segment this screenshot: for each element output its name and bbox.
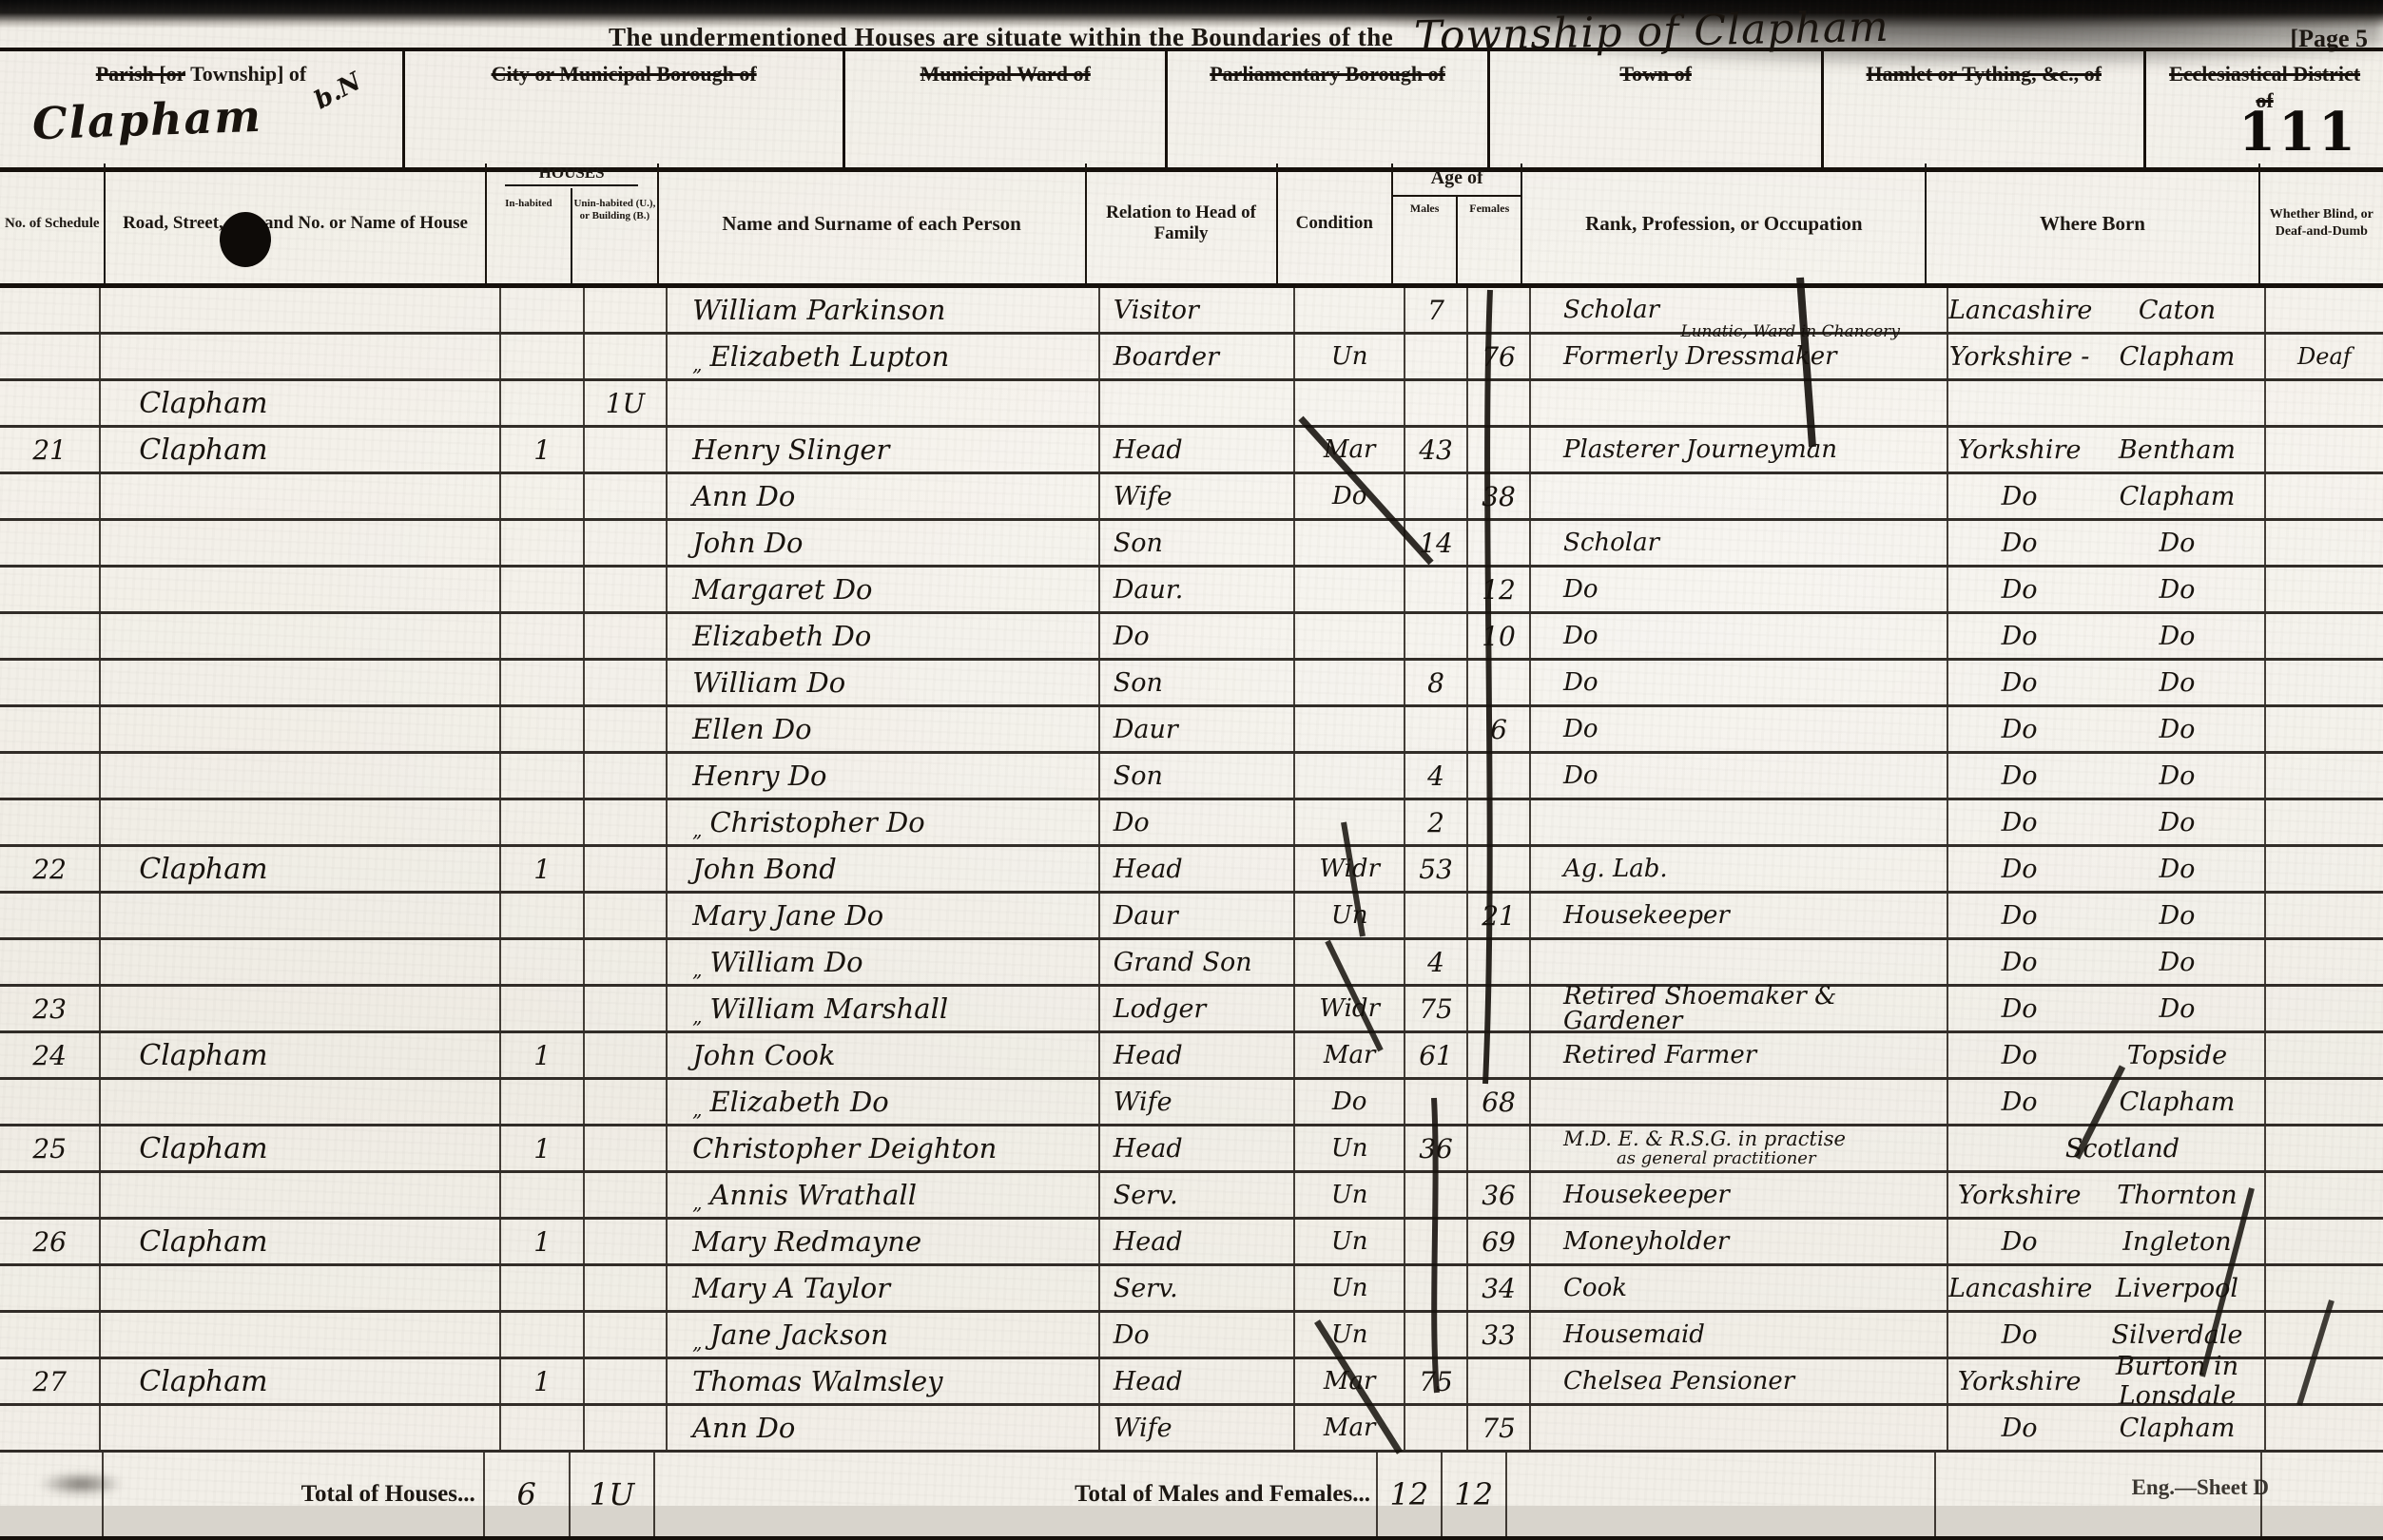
cell-un (585, 614, 668, 658)
cell-road: Clapham (101, 1126, 501, 1170)
cell-af: 10 (1468, 614, 1531, 658)
cell-rel: Head (1100, 847, 1296, 891)
cell-occ: Scholar (1531, 521, 1948, 565)
parish-label-struck: Parish [or (96, 62, 185, 86)
sheet-series-label: Eng.—Sheet D (2132, 1475, 2269, 1500)
cell-inh (501, 894, 584, 937)
cell-occ (1531, 800, 1948, 844)
cell-s (0, 754, 101, 798)
cell-am (1405, 614, 1468, 658)
cell-am (1405, 381, 1468, 425)
cell-af (1468, 1126, 1531, 1170)
cell-name: „Elizabeth Do (668, 1080, 1100, 1124)
parish-township-box: Parish [or Township] of Clapham b.N (0, 51, 405, 167)
cell-am: 4 (1405, 940, 1468, 984)
cell-inf (2266, 661, 2383, 704)
cell-cond: Un (1295, 894, 1405, 937)
cell-inf (2266, 1033, 2383, 1077)
cell-un (585, 568, 668, 611)
cell-born: YorkshireThornton (1948, 1173, 2266, 1217)
cell-road (101, 661, 501, 704)
cell-name (668, 381, 1100, 425)
cell-inh: 1 (501, 847, 584, 891)
cell-rel: Son (1100, 521, 1296, 565)
col-header-houses-group: HOUSES In-habited Unin-habited (U.), or … (487, 164, 659, 283)
cell-name: „William Marshall (668, 987, 1100, 1030)
cell-un (585, 335, 668, 378)
cell-inh (501, 1266, 584, 1310)
cell-s (0, 381, 101, 425)
cell-s (0, 1313, 101, 1357)
col-header-age-males: Males (1393, 197, 1458, 283)
table-row: „William DoGrand Son4DoDo (0, 940, 2383, 987)
cell-inh (501, 288, 584, 332)
cell-name: Ann Do (668, 474, 1100, 518)
cell-af (1468, 661, 1531, 704)
folio-number-stamp: 111 (2238, 99, 2358, 165)
cell-road (101, 614, 501, 658)
cell-am: 61 (1405, 1033, 1468, 1077)
cell-s (0, 1406, 101, 1450)
table-row: 21Clapham1Henry SlingerHeadMar43Plastere… (0, 428, 2383, 474)
cell-inf: Deaf (2266, 335, 2383, 378)
ditto-mark: „ (692, 818, 702, 841)
cell-name: John Do (668, 521, 1100, 565)
cell-inf (2266, 521, 2383, 565)
cell-road (101, 940, 501, 984)
cell-inh (501, 754, 584, 798)
cell-af (1468, 1033, 1531, 1077)
cell-inh (501, 381, 584, 425)
cell-inf (2266, 754, 2383, 798)
cell-inh (501, 521, 584, 565)
cell-rel: Son (1100, 661, 1296, 704)
cell-blank (1507, 1453, 1936, 1506)
cell-born: Scotland (1948, 1126, 2266, 1170)
cell-inh (501, 335, 584, 378)
cell-cond (1295, 288, 1405, 332)
cell-rel: Head (1100, 428, 1296, 472)
cell-born: DoIngleton (1948, 1220, 2266, 1263)
col-header-road: Road, Street, &c., and No. or Name of Ho… (106, 164, 486, 283)
cell-road (101, 288, 501, 332)
cell-name: „Elizabeth Lupton (668, 335, 1100, 378)
cell-s: 22 (0, 847, 101, 891)
cell-occ (1531, 1080, 1948, 1124)
table-row: William ParkinsonVisitor7ScholarLancashi… (0, 288, 2383, 335)
cell-rel: Daur (1100, 707, 1296, 751)
ditto-mark: „ (692, 353, 702, 375)
table-row: „Christopher DoDo2DoDo (0, 800, 2383, 847)
col-header-schedule: No. of Schedule (0, 164, 106, 283)
cell-af (1468, 847, 1531, 891)
ditto-mark: „ (692, 1005, 702, 1028)
cell-s (0, 894, 101, 937)
municipal-ward-label-struck: Municipal Ward of (920, 61, 1091, 87)
municipal-ward-box: Municipal Ward of (845, 51, 1168, 167)
cell-cond: Widr (1295, 987, 1405, 1030)
ditto-mark: „ (692, 958, 702, 981)
col-header-uninhabited: Unin-habited (U.), or Building (B.) (572, 188, 657, 283)
table-row: Ellen DoDaur6DoDoDo (0, 707, 2383, 754)
cell-s (0, 614, 101, 658)
cell-road: Clapham (101, 1220, 501, 1263)
cell-inf (2266, 707, 2383, 751)
cell-name: Margaret Do (668, 568, 1100, 611)
cell-inf (2266, 987, 2383, 1030)
census-table: No. of Schedule Road, Street, &c., and N… (0, 164, 2383, 1506)
cell-rel: Daur. (1100, 568, 1296, 611)
houses-group-label: HOUSES (505, 164, 638, 186)
cell-inh (501, 474, 584, 518)
cell-name: Henry Slinger (668, 428, 1100, 472)
cell-born: DoClapham (1948, 474, 2266, 518)
cell-occ: Cook (1531, 1266, 1948, 1310)
total-houses-uninhabited: 1U (571, 1453, 656, 1506)
total-males-females-label-text: Total of Males and Females... (1075, 1481, 1370, 1506)
cell-af: 76 (1468, 335, 1531, 378)
cell-occ: Plasterer Journeyman (1531, 428, 1948, 472)
cell-rel: Do (1100, 800, 1296, 844)
col-header-relation-label: Relation to Head of Family (1087, 202, 1276, 244)
cell-un (585, 428, 668, 472)
cell-born: DoDo (1948, 894, 2266, 937)
cell-un (585, 940, 668, 984)
cell-occ: Do (1531, 707, 1948, 751)
cell-cond (1295, 754, 1405, 798)
cell-af (1468, 1359, 1531, 1403)
cell-am (1405, 1313, 1468, 1357)
cell-am: 8 (1405, 661, 1468, 704)
cell-name: John Bond (668, 847, 1100, 891)
town-box: Town of (1490, 51, 1824, 167)
cell-road (101, 1406, 501, 1450)
cell-s (0, 335, 101, 378)
cell-un: 1U (585, 381, 668, 425)
cell-occ: Retired Shoemaker & Gardener (1531, 987, 1948, 1030)
cell-rel: Do (1100, 1313, 1296, 1357)
cell-name: „Christopher Do (668, 800, 1100, 844)
cell-occ: M.D. E. & R.S.G. in practiseas general p… (1531, 1126, 1948, 1170)
cell-inf (2266, 1359, 2383, 1403)
cell-af: 69 (1468, 1220, 1531, 1263)
cell-s (0, 1173, 101, 1217)
cell-un (585, 987, 668, 1030)
col-header-road-label: Road, Street, &c., and No. or Name of Ho… (123, 213, 468, 234)
cell-road: Clapham (101, 381, 501, 425)
table-row: 23„William MarshallLodgerWidr75Retired S… (0, 987, 2383, 1033)
cell-inh (501, 661, 584, 704)
cell-road (101, 707, 501, 751)
cell-occ: Housemaid (1531, 1313, 1948, 1357)
cell-inf (2266, 568, 2383, 611)
cell-un (585, 288, 668, 332)
table-row: Margaret DoDaur.12DoDoDo (0, 568, 2383, 614)
cell-cond (1295, 800, 1405, 844)
cell-born: YorkshireBentham (1948, 428, 2266, 472)
cell-af: 36 (1468, 1173, 1531, 1217)
cell-born: LancashireLiverpool (1948, 1266, 2266, 1310)
cell-road (101, 987, 501, 1030)
cell-s (0, 1266, 101, 1310)
cell-name: Christopher Deighton (668, 1126, 1100, 1170)
col-header-infirmity-label: Whether Blind, or Deaf-and-Dumb (2260, 206, 2383, 241)
cell-rel (1100, 381, 1296, 425)
cell-un (585, 847, 668, 891)
cell-rel: Head (1100, 1359, 1296, 1403)
township-label: Township] of (185, 62, 306, 86)
cell-am (1405, 335, 1468, 378)
cell-rel: Wife (1100, 474, 1296, 518)
col-header-where-born: Where Born (1927, 164, 2259, 283)
jurisdiction-header-row: Parish [or Township] of Clapham b.N City… (0, 48, 2383, 172)
table-row: 25Clapham1Christopher DeightonHeadUn36M.… (0, 1126, 2383, 1173)
cell-am (1405, 1220, 1468, 1263)
cell-cond: Un (1295, 1266, 1405, 1310)
cell-born: DoDo (1948, 521, 2266, 565)
cell-am (1405, 474, 1468, 518)
cell-inf (2266, 800, 2383, 844)
cell-af (1468, 428, 1531, 472)
cell-name: Henry Do (668, 754, 1100, 798)
cell-s (0, 707, 101, 751)
cell-inf (2266, 1313, 2383, 1357)
cell-am: 75 (1405, 1359, 1468, 1403)
hamlet-tything-box: Hamlet or Tything, &c., of (1824, 51, 2146, 167)
cell-inf (2266, 1173, 2383, 1217)
table-row: „Jane JacksonDoUn33HousemaidDoSilverdale (0, 1313, 2383, 1359)
cell-occ: Do (1531, 754, 1948, 798)
cell-un (585, 707, 668, 751)
cell-name: „William Do (668, 940, 1100, 984)
cell-inh: 1 (501, 1033, 584, 1077)
ditto-mark: „ (692, 1098, 702, 1121)
cell-occ: Do (1531, 661, 1948, 704)
cell-inh (501, 1173, 584, 1217)
cell-inh: 1 (501, 1126, 584, 1170)
parliamentary-borough-label-struck: Parliamentary Borough of (1210, 61, 1445, 87)
cell-un (585, 1359, 668, 1403)
cell-occ (1531, 381, 1948, 425)
cell-rel: Head (1100, 1033, 1296, 1077)
cell-un (585, 474, 668, 518)
cell-blank (2262, 1453, 2383, 1506)
col-header-occupation: Rank, Profession, or Occupation (1522, 164, 1927, 283)
cell-inh (501, 1080, 584, 1124)
cell-rel: Wife (1100, 1080, 1296, 1124)
cell-s (0, 661, 101, 704)
table-row: 24Clapham1John CookHeadMar61Retired Farm… (0, 1033, 2383, 1080)
cell-name: John Cook (668, 1033, 1100, 1077)
total-males: 12 (1378, 1453, 1443, 1506)
cell-occ: Housekeeper (1531, 1173, 1948, 1217)
cell-af (1468, 521, 1531, 565)
col-header-age-group: Age of Males Females (1393, 164, 1522, 283)
col-header-name-label: Name and Surname of each Person (722, 212, 1020, 236)
cell-born: DoTopside (1948, 1033, 2266, 1077)
cell-s: 23 (0, 987, 101, 1030)
cell-am (1405, 568, 1468, 611)
cell-cond: Mar (1295, 1406, 1405, 1450)
table-row: „Elizabeth LuptonBoarderUn76Lunatic, War… (0, 335, 2383, 381)
cell-name: Mary Redmayne (668, 1220, 1100, 1263)
cell-un (585, 1173, 668, 1217)
cell-s: 25 (0, 1126, 101, 1170)
cell-inf (2266, 1266, 2383, 1310)
cell-s (0, 800, 101, 844)
cell-inh (501, 568, 584, 611)
cell-inf (2266, 1406, 2383, 1450)
cell-un (585, 754, 668, 798)
cell-road (101, 568, 501, 611)
township-annotation-handwritten: b.N (309, 67, 366, 117)
cell-am: 53 (1405, 847, 1468, 891)
cell-road: Clapham (101, 428, 501, 472)
cell-un (585, 894, 668, 937)
cell-af: 21 (1468, 894, 1531, 937)
cell-af: 34 (1468, 1266, 1531, 1310)
table-row: 27Clapham1Thomas WalmsleyHeadMar75Chelse… (0, 1359, 2383, 1406)
total-houses-inhabited: 6 (485, 1453, 571, 1506)
table-row: Clapham1U (0, 381, 2383, 428)
col-header-name: Name and Surname of each Person (659, 164, 1087, 283)
cell-occ: Do (1531, 614, 1948, 658)
cell-name: William Do (668, 661, 1100, 704)
cell-af (1468, 940, 1531, 984)
table-row: Mary A TaylorServ.Un34CookLancashireLive… (0, 1266, 2383, 1313)
col-header-age-females: Females (1458, 197, 1521, 283)
cell-inf (2266, 1080, 2383, 1124)
cell-s (0, 568, 101, 611)
cell-un (585, 1313, 668, 1357)
cell-name: Thomas Walmsley (668, 1359, 1100, 1403)
parliamentary-borough-box: Parliamentary Borough of (1168, 51, 1490, 167)
cell-un (585, 521, 668, 565)
cell-born: DoDo (1948, 847, 2266, 891)
table-row: 26Clapham1Mary RedmayneHeadUn69Moneyhold… (0, 1220, 2383, 1266)
cell-inh: 1 (501, 1359, 584, 1403)
cell-am (1405, 1080, 1468, 1124)
cell-name: William Parkinson (668, 288, 1100, 332)
cell-name: Elizabeth Do (668, 614, 1100, 658)
cell-af (1468, 800, 1531, 844)
cell-cond (1295, 568, 1405, 611)
cell-am: 36 (1405, 1126, 1468, 1170)
cell-inh (501, 987, 584, 1030)
cell-name: „Annis Wrathall (668, 1173, 1100, 1217)
cell-un (585, 1080, 668, 1124)
cell-name: Mary A Taylor (668, 1266, 1100, 1310)
ditto-mark: „ (692, 1191, 702, 1214)
cell-road (101, 1266, 501, 1310)
census-sheet: The undermentioned Houses are situate wi… (0, 0, 2383, 1506)
cell-inh: 1 (501, 428, 584, 472)
cell-born: DoDo (1948, 614, 2266, 658)
cell-name: „Jane Jackson (668, 1313, 1100, 1357)
cell-occ (1531, 940, 1948, 984)
cell-s (0, 474, 101, 518)
cell-road (101, 474, 501, 518)
cell-am (1405, 707, 1468, 751)
table-body: William ParkinsonVisitor7ScholarLancashi… (0, 288, 2383, 1453)
cell-un (585, 1033, 668, 1077)
cell-inf (2266, 614, 2383, 658)
cell-road (101, 1080, 501, 1124)
cell-s: 26 (0, 1220, 101, 1263)
cell-un (585, 1266, 668, 1310)
cell-cond: Un (1295, 1313, 1405, 1357)
cell-cond (1295, 707, 1405, 751)
cell-cond: Un (1295, 1126, 1405, 1170)
cell-am: 7 (1405, 288, 1468, 332)
ditto-mark: „ (692, 1331, 702, 1354)
cell-cond: Un (1295, 1173, 1405, 1217)
cell-un (585, 800, 668, 844)
age-group-label: Age of (1431, 164, 1483, 195)
cell-rel: Daur (1100, 894, 1296, 937)
cell-rel: Serv. (1100, 1173, 1296, 1217)
cell-af: 33 (1468, 1313, 1531, 1357)
cell-inf (2266, 381, 2383, 425)
cell-rel: Grand Son (1100, 940, 1296, 984)
cell-inh (501, 800, 584, 844)
cell-inh: 1 (501, 1220, 584, 1263)
cell-inf (2266, 428, 2383, 472)
cell-name: Ellen Do (668, 707, 1100, 751)
cell-s: 24 (0, 1033, 101, 1077)
table-row: „Annis WrathallServ.Un36HousekeeperYorks… (0, 1173, 2383, 1220)
cell-road (101, 335, 501, 378)
table-row: Elizabeth DoDo10DoDoDo (0, 614, 2383, 661)
cell-am: 2 (1405, 800, 1468, 844)
cell-cond: Un (1295, 1220, 1405, 1263)
cell-born: DoSilverdale (1948, 1313, 2266, 1357)
total-houses-label: Total of Houses... (104, 1453, 484, 1506)
cell-born: DoDo (1948, 987, 2266, 1030)
cell-rel: Visitor (1100, 288, 1296, 332)
cell-un (585, 1220, 668, 1263)
cell-cond (1295, 381, 1405, 425)
cell-road (101, 1173, 501, 1217)
cell-inh (501, 1313, 584, 1357)
cell-am: 43 (1405, 428, 1468, 472)
cell-occ: Do (1531, 568, 1948, 611)
cell-born: DoClapham (1948, 1406, 2266, 1450)
cell-born: DoDo (1948, 707, 2266, 751)
cell-cond: Do (1295, 474, 1405, 518)
cell-af: 75 (1468, 1406, 1531, 1450)
cell-occ: Moneyholder (1531, 1220, 1948, 1263)
cell-af (1468, 381, 1531, 425)
cell-rel: Do (1100, 614, 1296, 658)
cell-inf (2266, 1220, 2383, 1263)
table-row: Henry DoSon4DoDoDo (0, 754, 2383, 800)
cell-s (0, 1080, 101, 1124)
cell-born (1948, 381, 2266, 425)
ecclesiastical-district-box: Ecclesiastical District of 111 (2146, 51, 2383, 167)
cell-inf (2266, 894, 2383, 937)
cell-cond (1295, 940, 1405, 984)
cell-occ (1531, 1406, 1948, 1450)
hamlet-label-struck: Hamlet or Tything, &c., of (1867, 61, 2102, 87)
cell-born: DoDo (1948, 754, 2266, 798)
cell-cond: Do (1295, 1080, 1405, 1124)
totals-row: Total of Houses... 6 1U Total of Males a… (0, 1453, 2383, 1506)
cell-road: Clapham (101, 847, 501, 891)
cell-born: DoDo (1948, 940, 2266, 984)
cell-am (1405, 1173, 1468, 1217)
table-row: William DoSon8DoDoDo (0, 661, 2383, 707)
